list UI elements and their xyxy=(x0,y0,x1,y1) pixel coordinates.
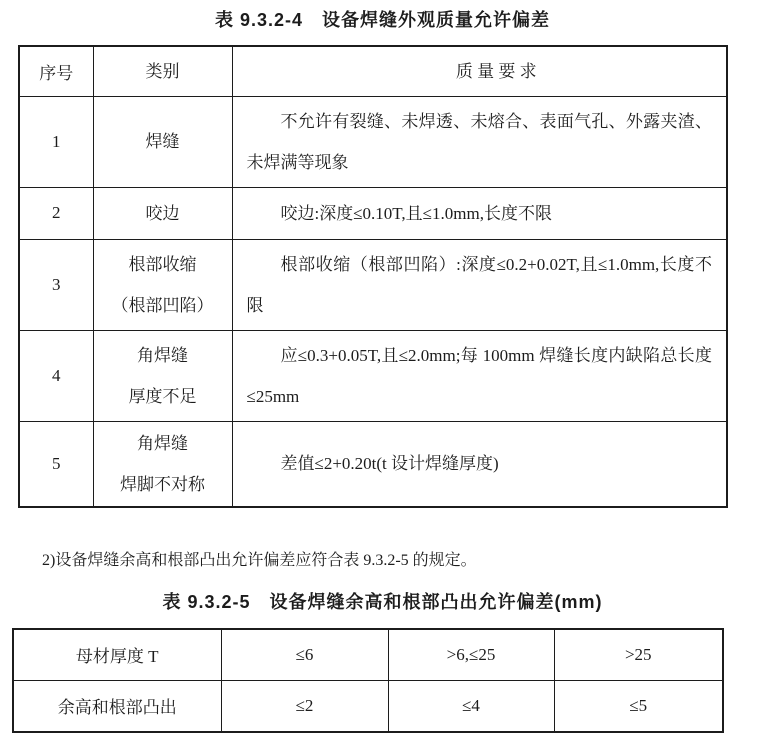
table-row: 2 咬边 咬边:深度≤0.10T,且≤1.0mm,长度不限 xyxy=(19,187,727,239)
row-number-cell: 1 xyxy=(19,96,93,187)
table-row: 3 根部收缩 （根部凹陷） 根部收缩（根部凹陷）:深度≤0.2+0.02T,且≤… xyxy=(19,239,727,330)
value-cell: >6,≤25 xyxy=(388,629,554,681)
row-number-cell: 2 xyxy=(19,187,93,239)
category-line: 厚度不足 xyxy=(95,376,231,417)
param-name-cell: 母材厚度 T xyxy=(13,629,221,681)
weld-reinforcement-table: 母材厚度 T ≤6 >6,≤25 >25 余高和根部凸出 ≤2 ≤4 ≤5 xyxy=(12,628,724,733)
row-number-cell: 5 xyxy=(19,421,93,507)
note-paragraph: 2)设备焊缝余高和根部凸出允许偏差应符合表 9.3.2-5 的规定。 xyxy=(42,551,765,571)
category-line: 角焊缝 xyxy=(95,423,231,464)
requirement-cell: 应≤0.3+0.05T,且≤2.0mm;每 100mm 焊缝长度内缺陷总长度≤2… xyxy=(232,330,727,421)
category-line: 焊脚不对称 xyxy=(95,464,231,505)
category-line: （根部凹陷） xyxy=(95,285,231,326)
requirement-cell: 根部收缩（根部凹陷）:深度≤0.2+0.02T,且≤1.0mm,长度不限 xyxy=(232,239,727,330)
value-cell: ≤4 xyxy=(388,680,554,732)
table-row: 余高和根部凸出 ≤2 ≤4 ≤5 xyxy=(13,680,723,732)
table-header-row: 序号 类别 质 量 要 求 xyxy=(19,46,727,96)
requirement-cell: 差值≤2+0.20t(t 设计焊缝厚度) xyxy=(232,421,727,507)
param-name-cell: 余高和根部凸出 xyxy=(13,680,221,732)
table-row: 5 角焊缝 焊脚不对称 差值≤2+0.20t(t 设计焊缝厚度) xyxy=(19,421,727,507)
table-9-3-2-4-title: 表 9.3.2-4 设备焊缝外观质量允许偏差 xyxy=(0,0,765,32)
table-row: 4 角焊缝 厚度不足 应≤0.3+0.05T,且≤2.0mm;每 100mm 焊… xyxy=(19,330,727,421)
value-cell: ≤5 xyxy=(554,680,723,732)
value-cell: >25 xyxy=(554,629,723,681)
category-cell: 咬边 xyxy=(93,187,232,239)
seq-header-cell: 序号 xyxy=(19,46,93,96)
table-row: 母材厚度 T ≤6 >6,≤25 >25 xyxy=(13,629,723,681)
requirement-cell: 不允许有裂缝、未焊透、未熔合、表面气孔、外露夹渣、未焊满等现象 xyxy=(232,96,727,187)
row-number-cell: 3 xyxy=(19,239,93,330)
row-number-cell: 4 xyxy=(19,330,93,421)
value-cell: ≤6 xyxy=(221,629,388,681)
category-cell: 角焊缝 焊脚不对称 xyxy=(93,421,232,507)
category-line: 咬边 xyxy=(95,193,231,234)
requirement-header-cell: 质 量 要 求 xyxy=(232,46,727,96)
category-cell: 根部收缩 （根部凹陷） xyxy=(93,239,232,330)
table-row: 1 焊缝 不允许有裂缝、未焊透、未熔合、表面气孔、外露夹渣、未焊满等现象 xyxy=(19,96,727,187)
weld-appearance-quality-table: 序号 类别 质 量 要 求 1 焊缝 不允许有裂缝、未焊透、未熔合、表面气孔、外… xyxy=(18,45,728,508)
table-9-3-2-5-title: 表 9.3.2-5 设备焊缝余高和根部凸出允许偏差(mm) xyxy=(0,591,765,614)
category-cell: 角焊缝 厚度不足 xyxy=(93,330,232,421)
category-line: 焊缝 xyxy=(95,121,231,162)
category-line: 根部收缩 xyxy=(95,244,231,285)
category-line: 角焊缝 xyxy=(95,335,231,376)
category-cell: 焊缝 xyxy=(93,96,232,187)
value-cell: ≤2 xyxy=(221,680,388,732)
category-header-cell: 类别 xyxy=(93,46,232,96)
requirement-cell: 咬边:深度≤0.10T,且≤1.0mm,长度不限 xyxy=(232,187,727,239)
